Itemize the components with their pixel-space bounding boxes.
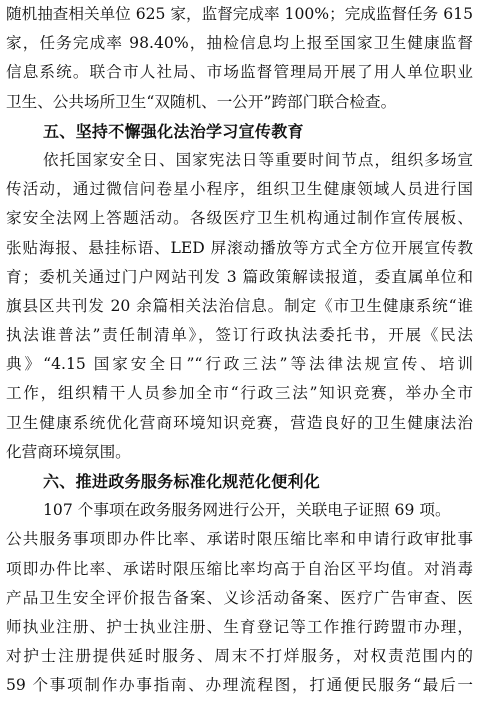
paragraph-supervision: 随机抽查相关单位 625 家，监督完成率 100%；完成监督任务 615 家，任… xyxy=(6,0,473,117)
text-line: 信息系统。联合市人社局、市场监督管理局开展了用人单位职业 xyxy=(6,58,473,87)
section-heading-6: 六、推进政务服务标准化规范化便利化 xyxy=(6,467,473,496)
text-line: 107 个事项在政务服务网进行公开，关联电子证照 69 项。 xyxy=(6,496,473,525)
text-line: 执法谁普法”责任制清单》，签订行政执法委托书，开展《民法 xyxy=(6,321,473,350)
text-line: 对护士注册提供延时服务、周末不打烊服务，对权责范围内的 xyxy=(6,642,473,671)
text-line: 传活动，通过微信问卷星小程序，组织卫生健康领域人员进行国 xyxy=(6,175,473,204)
text-line: 旗县区共刊发 20 余篇相关法治信息。制定《市卫生健康系统“谁 xyxy=(6,292,473,321)
document-page: 随机抽查相关单位 625 家，监督完成率 100%；完成监督任务 615 家，任… xyxy=(6,0,473,701)
text-line: 依托国家安全日、国家宪法日等重要时间节点，组织多场宣 xyxy=(6,146,473,175)
text-line: 师执业注册、护士执业注册、生育登记等工作推行跨盟市办理， xyxy=(6,613,473,642)
text-line: 卫生、公共场所卫生“双随机、一公开”跨部门联合检查。 xyxy=(6,88,473,117)
text-line: 工作，组织精干人员参加全市“行政三法”知识竞赛，举办全市 xyxy=(6,379,473,408)
text-line: 随机抽查相关单位 625 家，监督完成率 100%；完成监督任务 615 xyxy=(6,0,473,29)
text-line: 张贴海报、悬挂标语、LED 屏滚动播放等方式全方位开展宣传教 xyxy=(6,234,473,263)
text-line: 家，任务完成率 98.40%，抽检信息均上报至国家卫生健康监督 xyxy=(6,29,473,58)
text-line: 家安全法网上答题活动。各级医疗卫生机构通过制作宣传展板、 xyxy=(6,204,473,233)
text-line: 化营商环境氛围。 xyxy=(6,438,473,467)
text-line: 典》“4.15 国家安全日”“行政三法”等法律法规宣传、培训 xyxy=(6,350,473,379)
text-line: 育；委机关通过门户网站刊发 3 篇政策解读报道，委直属单位和 xyxy=(6,263,473,292)
paragraph-legal-education: 依托国家安全日、国家宪法日等重要时间节点，组织多场宣 传活动，通过微信问卷星小程… xyxy=(6,146,473,467)
text-line: 项即办件比率、承诺时限压缩比率均高于自治区平均值。对消毒 xyxy=(6,555,473,584)
text-line: 产品卫生安全评价报告备案、义诊活动备案、医疗广告审查、医 xyxy=(6,584,473,613)
text-line: 公共服务事项即办件比率、承诺时限压缩比率和申请行政审批事 xyxy=(6,525,473,554)
section-heading-5: 五、坚持不懈强化法治学习宣传教育 xyxy=(6,117,473,146)
text-line: 卫生健康系统优化营商环境知识竞赛，营造良好的卫生健康法治 xyxy=(6,409,473,438)
text-line: 59 个事项制作办事指南、办理流程图，打通便民服务“最后一 xyxy=(6,671,473,700)
paragraph-government-services: 107 个事项在政务服务网进行公开，关联电子证照 69 项。 公共服务事项即办件… xyxy=(6,496,473,700)
